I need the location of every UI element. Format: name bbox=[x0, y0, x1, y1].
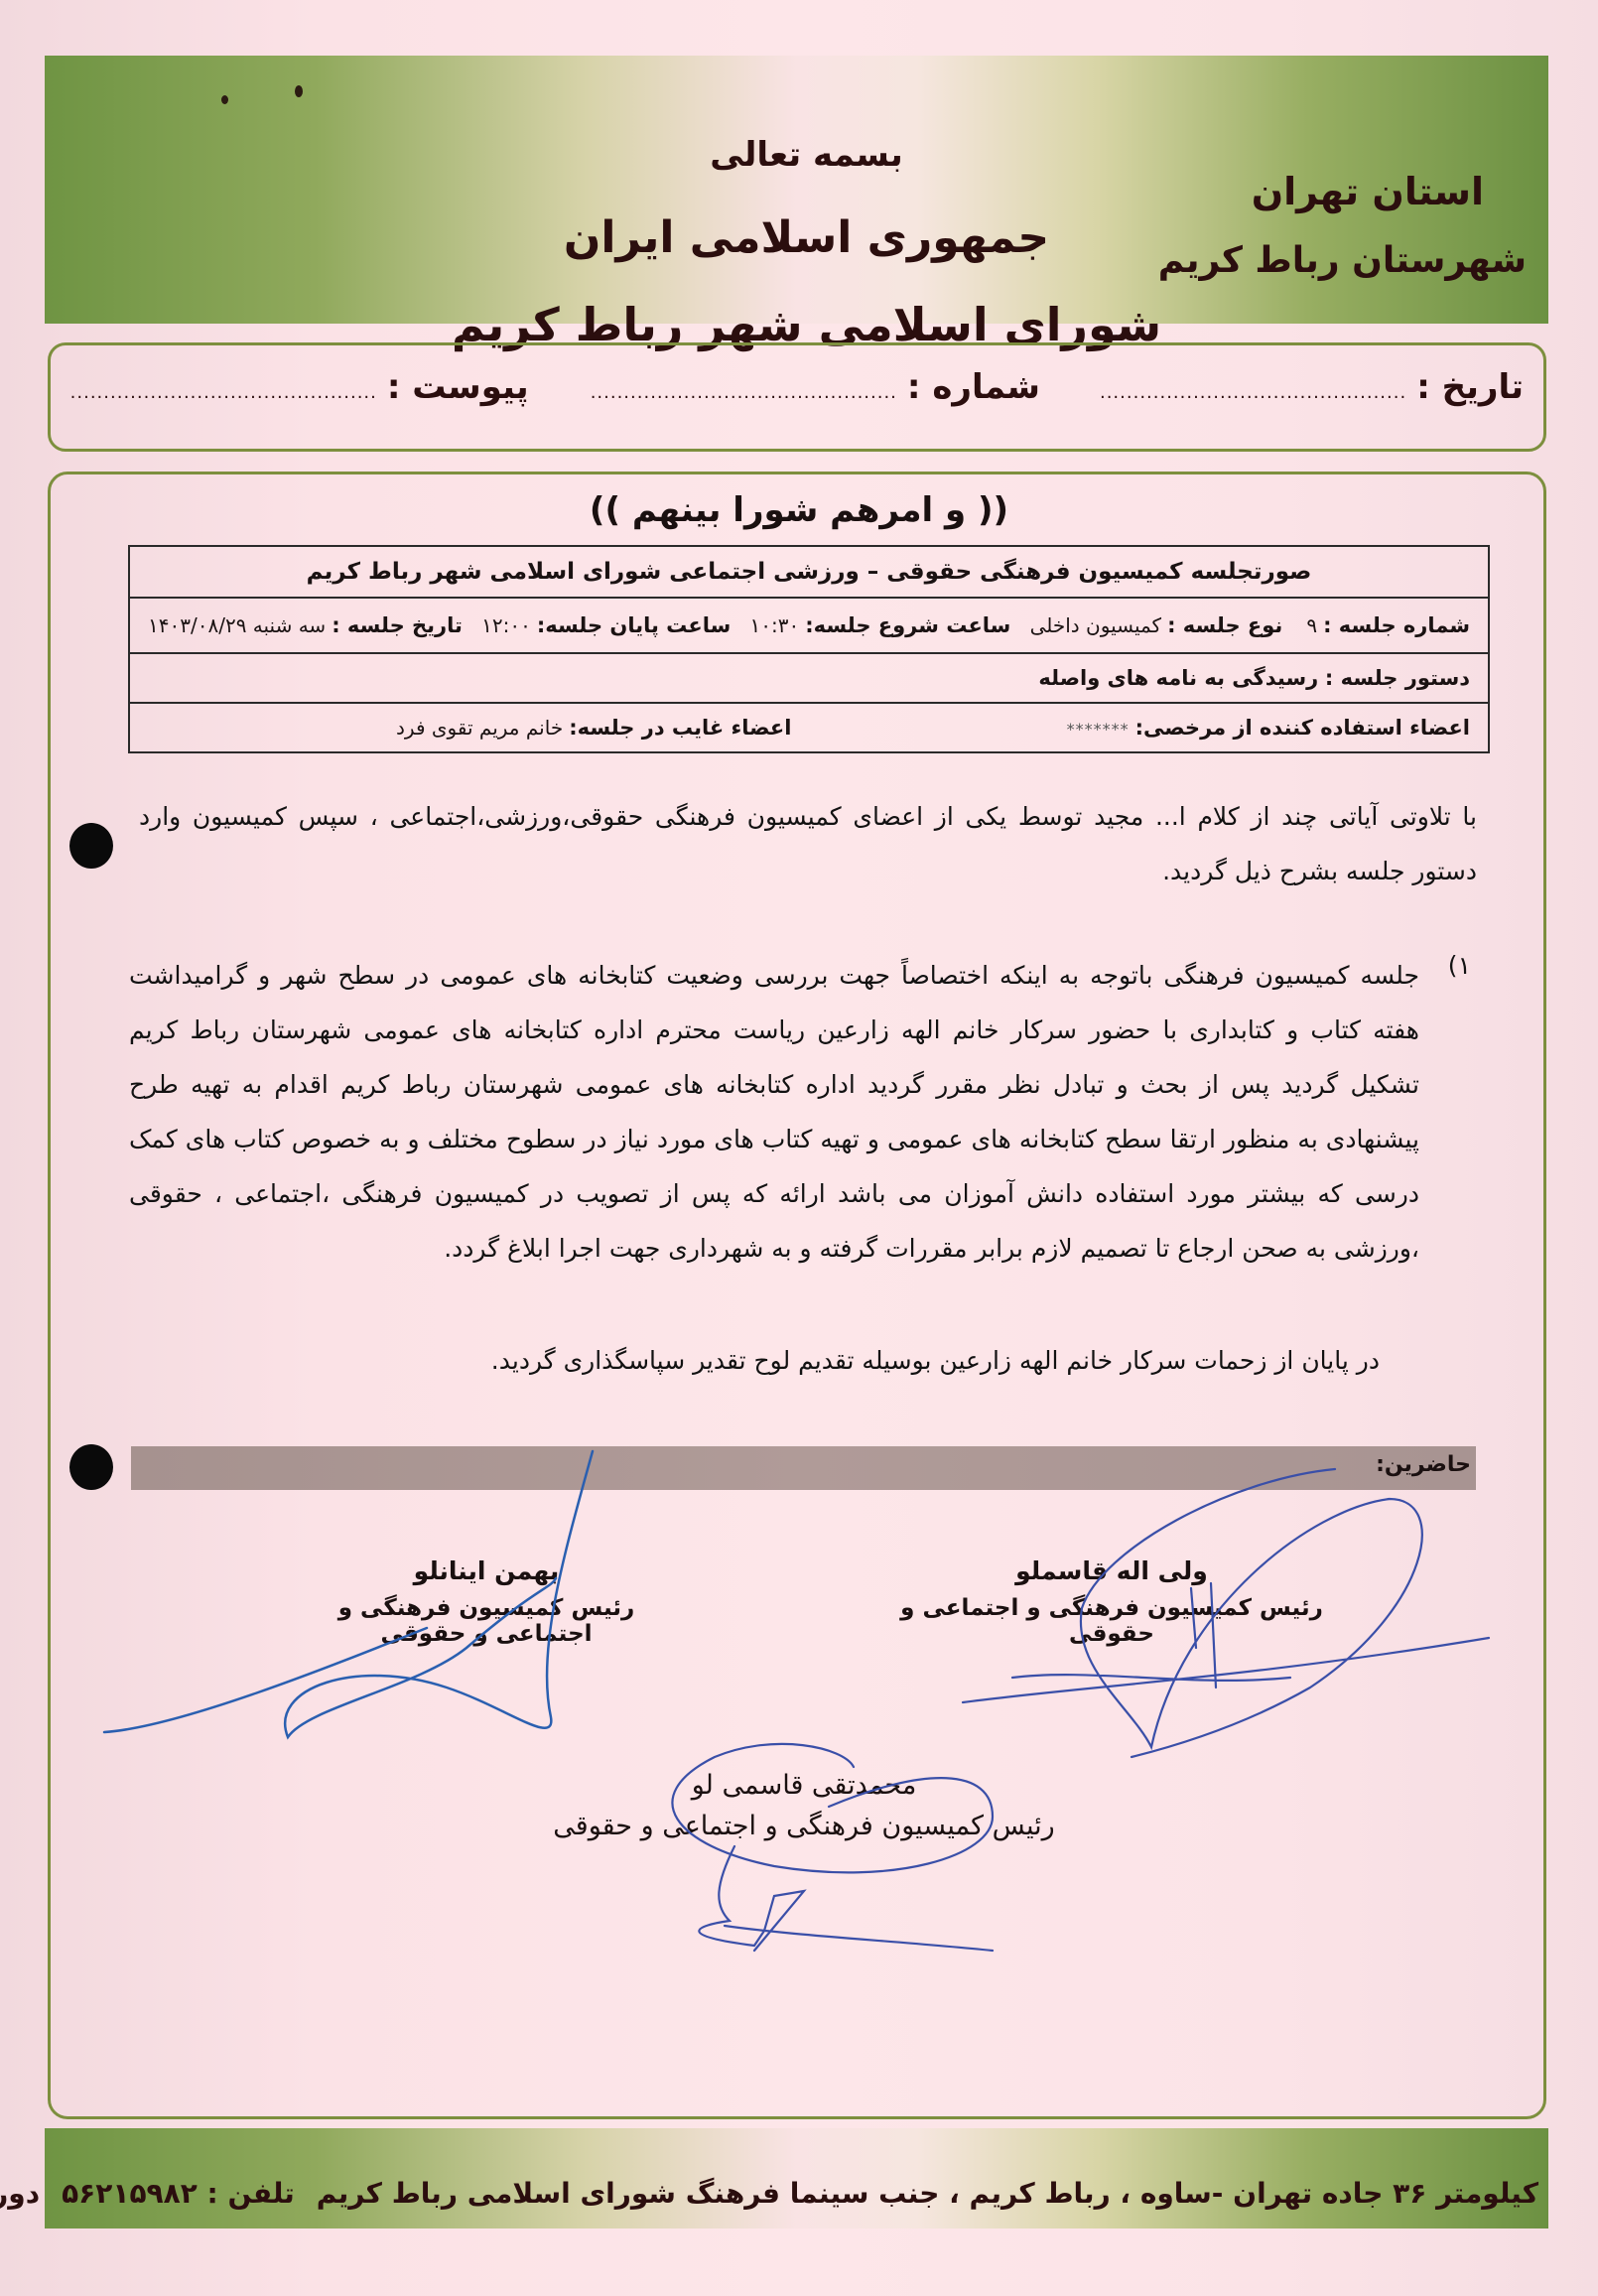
start-time-value: ۱۰:۳۰ bbox=[750, 613, 800, 637]
minutes-title: صورتجلسه کمیسیون فرهنگی حقوقی – ورزشی اج… bbox=[129, 546, 1489, 598]
footer-address: کیلومتر ۳۶ جاده تهران -ساوه ، رباط کریم … bbox=[317, 2177, 1538, 2210]
number-field: شماره : ................................… bbox=[591, 367, 1040, 407]
agenda-label: دستور جلسه : bbox=[1325, 666, 1470, 690]
absent-label: اعضاء غایب در جلسه: bbox=[569, 716, 791, 740]
punch-hole bbox=[69, 1444, 113, 1490]
session-start-time: ساعت شروع جلسه: ۱۰:۳۰ bbox=[750, 613, 1011, 637]
signer-block: محمدتقی قاسمی لو رئیس کمیسیون فرهنگی و ا… bbox=[546, 1770, 1062, 1841]
intro-paragraph: با تلاوتی آیاتی چند از کلام ا... مجید تو… bbox=[139, 789, 1477, 898]
signer-name: بهمن اینانلو bbox=[288, 1556, 685, 1585]
province-label: استان تهران bbox=[1252, 170, 1484, 213]
punch-hole bbox=[69, 823, 113, 869]
footer-contact: کیلومتر ۳۶ جاده تهران -ساوه ، رباط کریم … bbox=[55, 2177, 1538, 2210]
attendees-label: حاضرین: bbox=[1376, 1452, 1471, 1477]
absent-members: اعضاء غایب در جلسه: خانم مریم تقوی فرد bbox=[396, 716, 791, 740]
signer-block: بهمن اینانلو رئیس کمیسیون فرهنگی و اجتما… bbox=[288, 1556, 685, 1647]
letter-meta-box: تاریخ : ................................… bbox=[48, 342, 1546, 452]
signer-block: ولی اله قاسملو رئیس کمیسیون فرهنگی و اجت… bbox=[873, 1556, 1350, 1647]
agenda-value: رسیدگی به نامه های واصله bbox=[1038, 666, 1318, 690]
signer-role: رئیس کمیسیون فرهنگی و اجتماعی و حقوقی bbox=[288, 1595, 685, 1647]
letterhead-banner: بسمه تعالی جمهوری اسلامی ایران شورای اسل… bbox=[45, 56, 1548, 324]
signer-name: محمدتقی قاسمی لو bbox=[546, 1770, 1062, 1801]
quran-verse-heading: (( و امرهم شورا بینهم )) bbox=[0, 490, 1598, 530]
session-info-row: شماره جلسه : ۹ نوع جلسه : کمیسیون داخلی … bbox=[129, 598, 1489, 653]
minutes-table: صورتجلسه کمیسیون فرهنگی حقوقی – ورزشی اج… bbox=[128, 545, 1490, 753]
signer-role: رئیس کمیسیون فرهنگی و اجتماعی و حقوقی bbox=[546, 1811, 1062, 1841]
scan-speck bbox=[295, 85, 303, 97]
agenda-item-1: جلسه کمیسیون فرهنگی باتوجه به اینکه اختص… bbox=[129, 948, 1419, 1276]
date-value: ........................................… bbox=[1100, 382, 1406, 403]
number-value: ........................................… bbox=[591, 382, 897, 403]
session-number-value: ۹ bbox=[1306, 613, 1317, 637]
scan-speck bbox=[221, 95, 228, 104]
county-label: شهرستان رباط کریم bbox=[1158, 240, 1527, 281]
footer-fax: دورنگار : ۵۶۲۱۵۵۳۳ bbox=[0, 2177, 40, 2210]
phone-label: تلفن : bbox=[207, 2177, 295, 2210]
fax-label: دورنگار : bbox=[0, 2177, 40, 2210]
end-time-label: ساعت پایان جلسه: bbox=[537, 613, 731, 637]
attendees-bar: حاضرین: bbox=[131, 1446, 1476, 1490]
session-number-label: شماره جلسه : bbox=[1323, 613, 1470, 637]
date-field: تاریخ : ................................… bbox=[1100, 367, 1524, 407]
item-number: ۱) bbox=[1448, 951, 1471, 980]
attachment-label: پیوست : bbox=[387, 367, 529, 407]
session-number: شماره جلسه : ۹ نوع جلسه : کمیسیون داخلی bbox=[1030, 613, 1470, 637]
signer-name: ولی اله قاسملو bbox=[873, 1556, 1350, 1585]
session-type-label: نوع جلسه : bbox=[1167, 613, 1282, 637]
start-time-label: ساعت شروع جلسه: bbox=[805, 613, 1010, 637]
bismillah-heading: بسمه تعالی bbox=[45, 135, 1548, 175]
footer-phone: تلفن : ۵۶۲۱۵۹۸۲ bbox=[62, 2177, 295, 2210]
attachment-value: ........................................… bbox=[70, 382, 377, 403]
members-row: اعضاء استفاده کننده از مرخصی: ******* اع… bbox=[129, 703, 1489, 752]
session-date-label: تاریخ جلسه : bbox=[332, 613, 463, 637]
session-date-value: سه شنبه ۱۴۰۳/۰۸/۲۹ bbox=[148, 613, 326, 637]
on-leave-label: اعضاء استفاده کننده از مرخصی: bbox=[1135, 716, 1470, 740]
agenda-row: دستور جلسه : رسیدگی به نامه های واصله bbox=[129, 653, 1489, 703]
absent-value: خانم مریم تقوی فرد bbox=[396, 716, 563, 740]
end-time-value: ۱۲:۰۰ bbox=[481, 613, 531, 637]
session-end-time: ساعت پایان جلسه: ۱۲:۰۰ bbox=[481, 613, 731, 637]
session-date: تاریخ جلسه : سه شنبه ۱۴۰۳/۰۸/۲۹ bbox=[148, 613, 463, 637]
phone-value: ۵۶۲۱۵۹۸۲ bbox=[62, 2177, 198, 2210]
signer-role: رئیس کمیسیون فرهنگی و اجتماعی و حقوقی bbox=[873, 1595, 1350, 1647]
number-label: شماره : bbox=[907, 367, 1040, 407]
closing-paragraph: در پایان از زحمات سرکار خانم الهه زارعین… bbox=[298, 1333, 1380, 1388]
attachment-field: پیوست : ................................… bbox=[70, 367, 529, 407]
on-leave-value: ******* bbox=[1067, 720, 1130, 739]
session-type-value: کمیسیون داخلی bbox=[1030, 613, 1162, 637]
date-label: تاریخ : bbox=[1416, 367, 1524, 407]
on-leave-members: اعضاء استفاده کننده از مرخصی: ******* bbox=[1067, 716, 1470, 740]
